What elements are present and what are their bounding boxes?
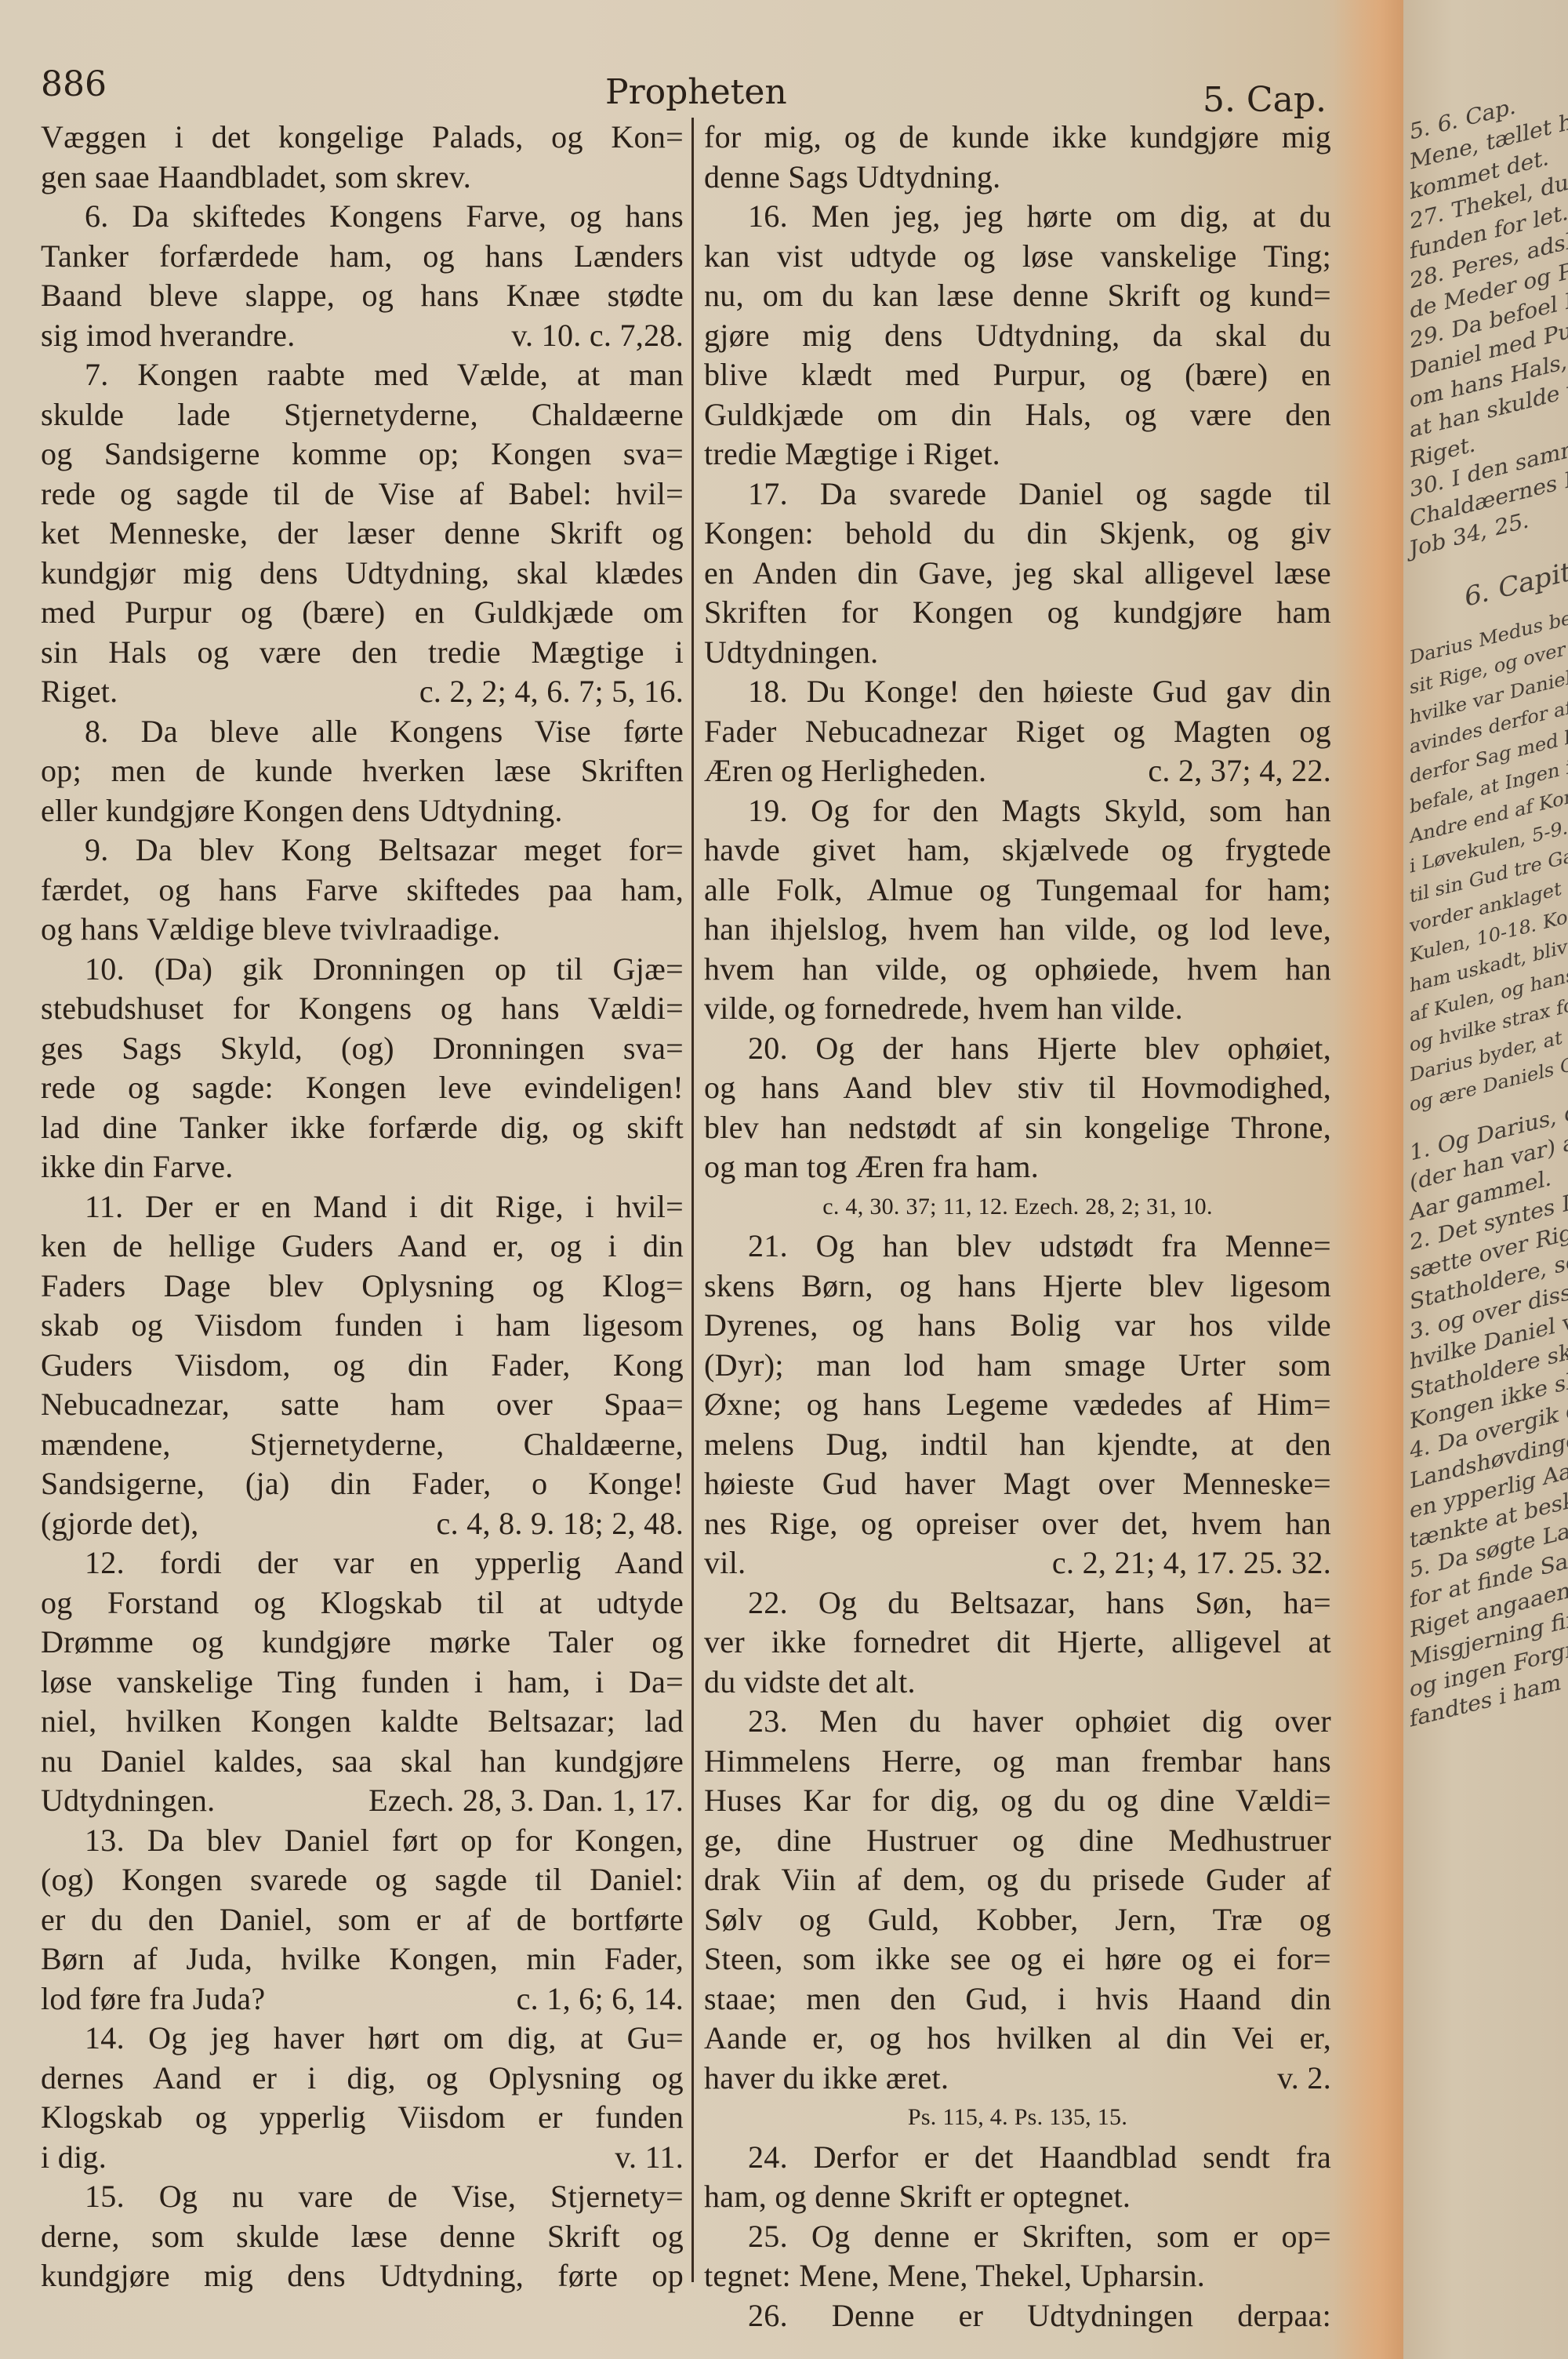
- verse-start-line: 18. Du Konge! den høieste Gud gav din: [704, 672, 1331, 712]
- verse-start-line: 17. Da svarede Daniel og sagde til: [704, 474, 1331, 514]
- text-line: Sandsigerne, (ja) din Fader, o Konge!: [41, 1464, 684, 1504]
- line-text: Æren og Herligheden.: [704, 751, 986, 791]
- verse-end-line: Udtydningen.: [704, 633, 1331, 673]
- book-page-facing: 5. 6. Cap. Mene, tællet haver Gukommet d…: [1403, 0, 1568, 2359]
- verse-start-line: 10. (Da) gik Dronningen op til Gjæ=: [41, 950, 684, 990]
- verse-start-line: 6. Da skiftedes Kongens Farve, og hans: [41, 197, 684, 237]
- text-line: mændene, Stjernetyderne, Chaldæerne,: [41, 1425, 684, 1465]
- text-line: færdet, og hans Farve skiftedes paa ham,: [41, 871, 684, 911]
- verse-end-line: Riget.c. 2, 2; 4, 6. 7; 5, 16.: [41, 672, 684, 712]
- text-line: høieste Gud haver Magt over Menneske=: [704, 1464, 1331, 1504]
- text-line: Faders Dage blev Oplysning og Klog=: [41, 1267, 684, 1307]
- running-title: Propheten: [605, 72, 787, 112]
- verse-start-line: 11. Der er en Mand i dit Rige, i hvil=: [41, 1187, 684, 1227]
- cross-reference: c. 1, 6; 6, 14.: [517, 1979, 684, 2019]
- chapter-label: 5. Cap.: [1203, 80, 1327, 120]
- line-text: Udtydningen.: [41, 1781, 215, 1821]
- cross-reference: Ezech. 28, 3. Dan. 1, 17.: [368, 1781, 684, 1821]
- line-text: vil.: [704, 1543, 746, 1583]
- text-line: staae; men den Gud, i hvis Haand din: [704, 1979, 1331, 2019]
- running-head: 886 Propheten 5. Cap.: [41, 64, 1334, 119]
- verse-start-line: 8. Da bleve alle Kongens Vise førte: [41, 712, 684, 752]
- text-line: Øxne; og hans Legeme vædedes af Him=: [704, 1385, 1331, 1425]
- column-divider: [691, 118, 694, 2282]
- text-line: ver ikke fornedret dit Hjerte, alligevel…: [704, 1623, 1331, 1663]
- verse-start-line: 9. Da blev Kong Beltsazar meget for=: [41, 831, 684, 871]
- text-line: hvem han vilde, og ophøiede, hvem han: [704, 950, 1331, 990]
- verse-start-line: 22. Og du Beltsazar, hans Søn, ha=: [704, 1583, 1331, 1623]
- text-line: skens Børn, og hans Hjerte blev ligesom: [704, 1267, 1331, 1307]
- verse-end-line: i dig.v. 11.: [41, 2138, 684, 2178]
- text-line: nu, om du kan læse denne Skrift og kund=: [704, 276, 1331, 316]
- text-line: Sølv og Guld, Kobber, Jern, Træ og: [704, 1900, 1331, 1940]
- text-line: ges Sags Skyld, (og) Dronningen sva=: [41, 1029, 684, 1069]
- text-line: Skriften for Kongen og kundgjøre ham: [704, 593, 1331, 633]
- verse-start-line: 12. fordi der var en ypperlig Aand: [41, 1543, 684, 1583]
- line-text: i dig.: [41, 2138, 107, 2178]
- text-line: kundgjøre mig dens Udtydning, førte op: [41, 2256, 684, 2296]
- text-line: og Forstand og Klogskab til at udtyde: [41, 1583, 684, 1623]
- text-line: havde givet ham, skjælvede og frygtede: [704, 831, 1331, 871]
- text-line: rede og sagde til de Vise af Babel: hvil…: [41, 474, 684, 514]
- verse-start-line: 23. Men du haver ophøiet dig over: [704, 1702, 1331, 1742]
- verse-start-line: 24. Derfor er det Haandblad sendt fra: [704, 2138, 1331, 2178]
- verse-end-line: vilde, og fornedrede, hvem han vilde.: [704, 989, 1331, 1029]
- verse-start-line: 14. Og jeg haver hørt om dig, at Gu=: [41, 2019, 684, 2059]
- cross-reference: c. 2, 2; 4, 6. 7; 5, 16.: [419, 672, 684, 712]
- text-line: kan vist udtyde og løse vanskelige Ting;: [704, 237, 1331, 277]
- text-line: op; men de kunde hverken læse Skriften: [41, 751, 684, 791]
- cross-reference: c. 2, 21; 4, 17. 25. 32.: [1052, 1543, 1331, 1583]
- cross-reference: v. 2.: [1277, 2059, 1331, 2099]
- text-line: Huses Kar for dig, og du og dine Vældi=: [704, 1781, 1331, 1821]
- text-line: melens Dug, indtil han kjendte, at den: [704, 1425, 1331, 1465]
- verse-end-line: gen saae Haandbladet, som skrev.: [41, 158, 684, 198]
- text-line: derne, som skulde læse denne Skrift og: [41, 2217, 684, 2257]
- cross-reference: v. 11.: [615, 2138, 684, 2178]
- text-line: skulde lade Stjernetyderne, Chaldæerne: [41, 395, 684, 435]
- text-line: ge, dine Hustruer og dine Medhustruer: [704, 1821, 1331, 1861]
- verse-end-line: ham, og denne Skrift er optegnet.: [704, 2177, 1331, 2217]
- text-line: Guders Viisdom, og din Fader, Kong: [41, 1346, 684, 1386]
- verse-end-line: eller kundgjøre Kongen dens Udtydning.: [41, 791, 684, 831]
- verse-start-line: 7. Kongen raabte med Vælde, at man: [41, 355, 684, 395]
- page-gutter-shadow: [1333, 0, 1411, 2359]
- text-line: stebudshuset for Kongens og hans Vældi=: [41, 989, 684, 1029]
- verse-start-line: 26. Denne er Udtydningen derpaa:: [704, 2296, 1331, 2336]
- text-line: for mig, og de kunde ikke kundgjøre mig: [704, 118, 1331, 158]
- text-line: sin Hals og være den tredie Mægtige i: [41, 633, 684, 673]
- text-line: (og) Kongen svarede og sagde til Daniel:: [41, 1860, 684, 1900]
- text-line: skab og Viisdom funden i ham ligesom: [41, 1306, 684, 1346]
- left-text-column: Væggen i det kongelige Palads, og Kon=ge…: [41, 118, 684, 2296]
- text-line: Kongen: behold du din Skjenk, og giv: [704, 514, 1331, 554]
- text-line: Væggen i det kongelige Palads, og Kon=: [41, 118, 684, 158]
- verse-end-line: tredie Mægtige i Riget.: [704, 434, 1331, 474]
- verse-end-line: lod føre fra Juda?c. 1, 6; 6, 14.: [41, 1979, 684, 2019]
- verse-start-line: 25. Og denne er Skriften, som er op=: [704, 2217, 1331, 2257]
- text-line: Tanker forfærdede ham, og hans Lænders: [41, 237, 684, 277]
- text-line: blive klædt med Purpur, og (bære) en: [704, 355, 1331, 395]
- cross-reference: c. 4, 8. 9. 18; 2, 48.: [437, 1504, 684, 1544]
- text-line: alle Folk, Almue og Tungemaal for ham;: [704, 871, 1331, 911]
- text-line: en Anden din Gave, jeg skal alligevel læ…: [704, 554, 1331, 594]
- text-line: Steen, som ikke see og ei høre og ei for…: [704, 1939, 1331, 1979]
- verse-start-line: 19. Og for den Magts Skyld, som han: [704, 791, 1331, 831]
- verse-end-line: (gjorde det),c. 4, 8. 9. 18; 2, 48.: [41, 1504, 684, 1544]
- text-line: Klogskab og ypperlig Viisdom er funden: [41, 2098, 684, 2138]
- text-line: blev han nedstødt af sin kongelige Thron…: [704, 1108, 1331, 1148]
- verse-end-line: vil.c. 2, 21; 4, 17. 25. 32.: [704, 1543, 1331, 1583]
- cross-reference-line: Ps. 115, 4. Ps. 135, 15.: [704, 2098, 1331, 2138]
- cross-reference-line: c. 4, 30. 37; 11, 12. Ezech. 28, 2; 31, …: [704, 1187, 1331, 1227]
- line-text: sig imod hverandre.: [41, 316, 296, 356]
- verse-end-line: Æren og Herligheden.c. 2, 37; 4, 22.: [704, 751, 1331, 791]
- text-line: niel, hvilken Kongen kaldte Beltsazar; l…: [41, 1702, 684, 1742]
- text-line: gjøre mig dens Udtydning, da skal du: [704, 316, 1331, 356]
- text-line: nu Daniel kaldes, saa skal han kundgjøre: [41, 1742, 684, 1782]
- cross-reference: v. 10. c. 7,28.: [511, 316, 684, 356]
- text-line: og hans Aand blev stiv til Hovmodighed,: [704, 1068, 1331, 1108]
- right-text-column: for mig, og de kunde ikke kundgjøre migd…: [704, 118, 1331, 2335]
- text-line: Himmelens Herre, og man frembar hans: [704, 1742, 1331, 1782]
- verse-end-line: sig imod hverandre.v. 10. c. 7,28.: [41, 316, 684, 356]
- line-text: (gjorde det),: [41, 1504, 199, 1544]
- verse-start-line: 15. Og nu vare de Vise, Stjernety=: [41, 2177, 684, 2217]
- verse-end-line: denne Sags Udtydning.: [704, 158, 1331, 198]
- verse-start-line: 20. Og der hans Hjerte blev ophøiet,: [704, 1029, 1331, 1069]
- text-line: Baand bleve slappe, og hans Knæe stødte: [41, 276, 684, 316]
- text-line: dernes Aand er i dig, og Oplysning og: [41, 2059, 684, 2099]
- cross-reference: c. 2, 37; 4, 22.: [1148, 751, 1331, 791]
- text-line: med Purpur og (bære) en Guldkjæde om: [41, 593, 684, 633]
- text-line: og Sandsigerne komme op; Kongen sva=: [41, 434, 684, 474]
- text-line: Drømme og kundgjøre mørke Taler og: [41, 1623, 684, 1663]
- line-text: haver du ikke æret.: [704, 2059, 949, 2099]
- verse-end-line: Udtydningen.Ezech. 28, 3. Dan. 1, 17.: [41, 1781, 684, 1821]
- line-text: lod føre fra Juda?: [41, 1979, 265, 2019]
- text-line: Dyrenes, og hans Bolig var hos vilde: [704, 1306, 1331, 1346]
- line-text: Riget.: [41, 672, 118, 712]
- verse-end-line: tegnet: Mene, Mene, Thekel, Upharsin.: [704, 2256, 1331, 2296]
- text-line: lad dine Tanker ikke forfærde dig, og sk…: [41, 1108, 684, 1148]
- text-line: rede og sagde: Kongen leve evindeligen!: [41, 1068, 684, 1108]
- text-line: Børn af Juda, hvilke Kongen, min Fader,: [41, 1939, 684, 1979]
- text-line: løse vanskelige Ting funden i ham, i Da=: [41, 1663, 684, 1703]
- verse-end-line: du vidste det alt.: [704, 1663, 1331, 1703]
- text-line: Guldkjæde om din Hals, og være den: [704, 395, 1331, 435]
- verse-start-line: 13. Da blev Daniel ført op for Kongen,: [41, 1821, 684, 1861]
- facing-chapter-heading: 6. Capit: [1465, 537, 1568, 613]
- verse-end-line: haver du ikke æret.v. 2.: [704, 2059, 1331, 2099]
- text-line: nes Rige, og opreiser over det, hvem han: [704, 1504, 1331, 1544]
- verse-end-line: og man tog Æren fra ham.: [704, 1147, 1331, 1187]
- text-line: drak Viin af dem, og du prisede Guder af: [704, 1860, 1331, 1900]
- verse-start-line: 16. Men jeg, jeg hørte om dig, at du: [704, 197, 1331, 237]
- text-line: Aande er, og hos hvilken al din Vei er,: [704, 2019, 1331, 2059]
- text-line: han ihjelslog, hvem han vilde, og lod le…: [704, 910, 1331, 950]
- text-line: ket Menneske, der læser denne Skrift og: [41, 514, 684, 554]
- text-line: ken de hellige Guders Aand er, og i din: [41, 1227, 684, 1267]
- book-page-left: 886 Propheten 5. Cap. Væggen i det konge…: [0, 0, 1403, 2359]
- text-line: kundgjør mig dens Udtydning, skal klædes: [41, 554, 684, 594]
- verse-end-line: ikke din Farve.: [41, 1147, 684, 1187]
- text-line: Nebucadnezar, satte ham over Spaa=: [41, 1385, 684, 1425]
- text-line: (Dyr); man lod ham smage Urter som: [704, 1346, 1331, 1386]
- page-number: 886: [41, 64, 107, 104]
- verse-start-line: 21. Og han blev udstødt fra Menne=: [704, 1227, 1331, 1267]
- text-line: er du den Daniel, som er af de bortførte: [41, 1900, 684, 1940]
- verse-end-line: og hans Vældige bleve tvivlraadige.: [41, 910, 684, 950]
- facing-page-text: 5. 6. Cap. Mene, tællet haver Gukommet d…: [1410, 0, 1568, 1735]
- text-line: Fader Nebucadnezar Riget og Magten og: [704, 712, 1331, 752]
